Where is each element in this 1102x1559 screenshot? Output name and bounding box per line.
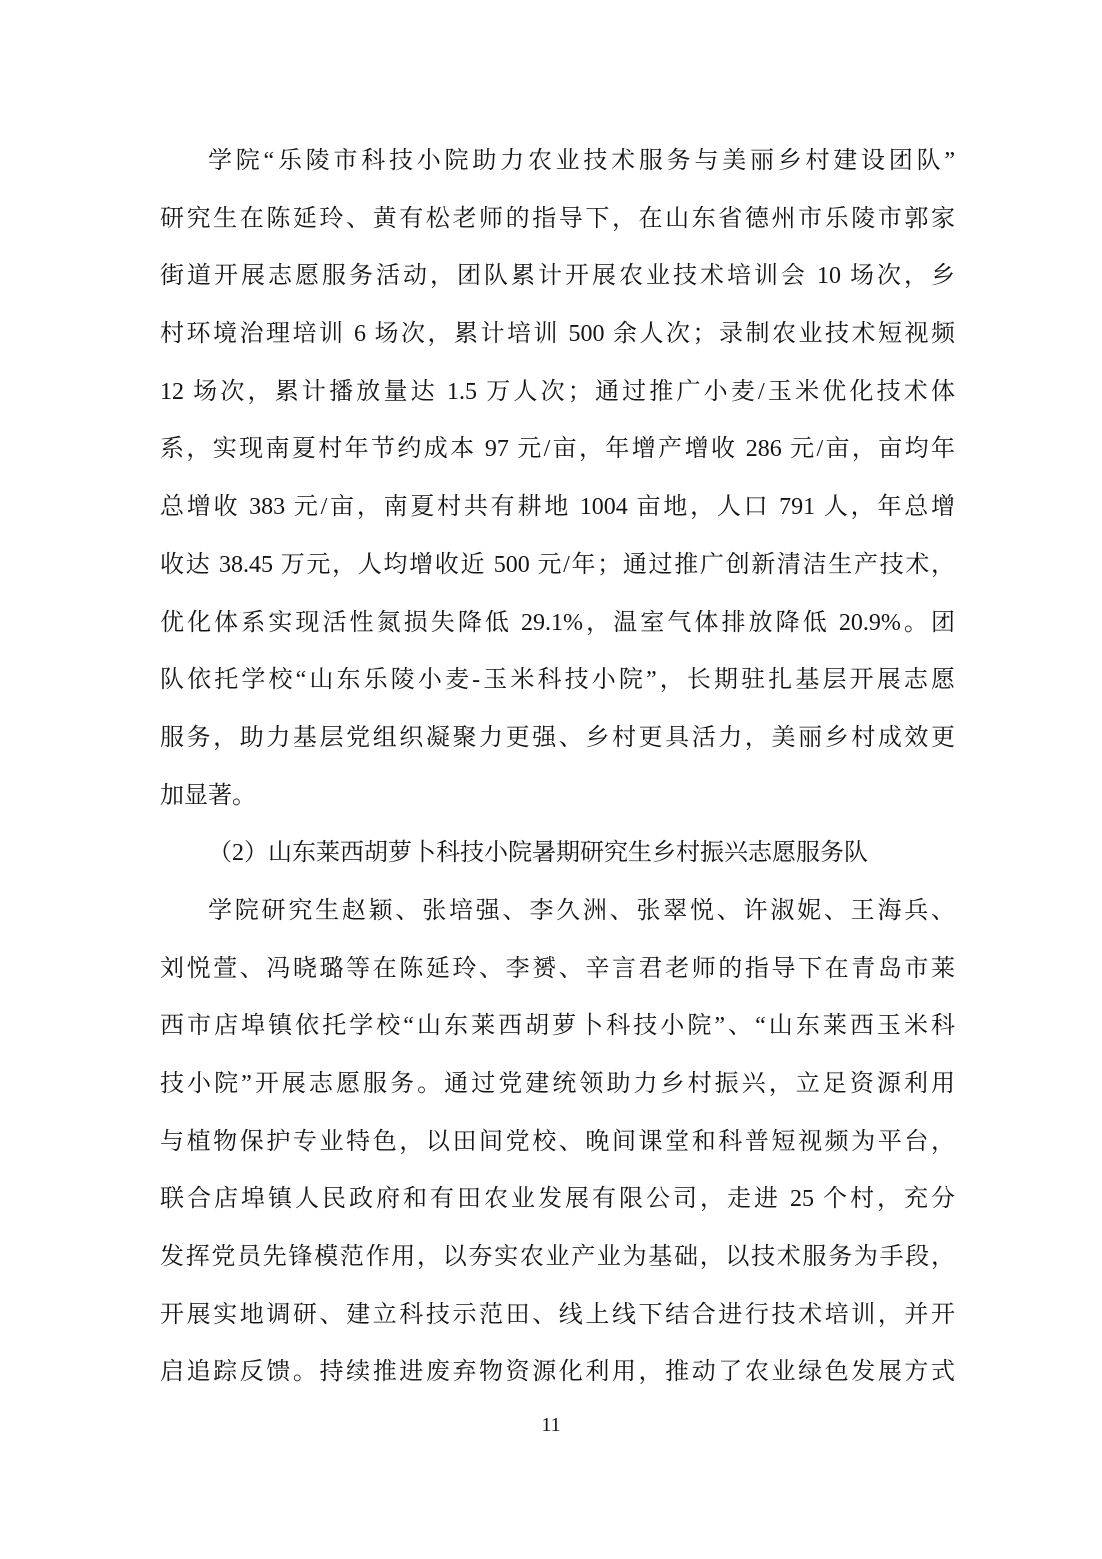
text-line: 联合店埠镇人民政府和有田农业发展有限公司，走进 25 个村，充分 (160, 1171, 955, 1229)
text-line: 12 场次，累计播放量达 1.5 万人次；通过推广小麦/玉米优化技术体 (160, 364, 955, 422)
text-line: 开展实地调研、建立科技示范田、线上线下结合进行技术培训，并开 (160, 1287, 955, 1345)
page-footer: 11 (0, 1412, 1102, 1438)
text-line: 系，实现南夏村年节约成本 97 元/亩，年增产增收 286 元/亩，亩均年 (160, 421, 955, 479)
text-line: 西市店埠镇依托学校“山东莱西胡萝卜科技小院”、“山东莱西玉米科 (160, 998, 955, 1056)
text-line: 与植物保护专业特色，以田间党校、晚间课堂和科普短视频为平台， (160, 1114, 955, 1172)
text-line: 学院研究生赵颖、张培强、李久洲、张翠悦、许淑妮、王海兵、 (160, 883, 955, 941)
text-line: 研究生在陈延玲、黄有松老师的指导下，在山东省德州市乐陵市郭家 (160, 191, 955, 249)
text-line: 队依托学校“山东乐陵小麦-玉米科技小院”，长期驻扎基层开展志愿 (160, 652, 955, 710)
text-line: 启追踪反馈。持续推进废弃物资源化利用，推动了农业绿色发展方式 (160, 1344, 955, 1402)
paragraph-laixi-team: 学院研究生赵颖、张培强、李久洲、张翠悦、许淑妮、王海兵、刘悦萱、冯晓璐等在陈延玲… (160, 883, 955, 1402)
text-line: 优化体系实现活性氮损失降低 29.1%，温室气体排放降低 20.9%。团 (160, 595, 955, 653)
page-number: 11 (541, 1414, 560, 1436)
text-line: 学院“乐陵市科技小院助力农业技术服务与美丽乡村建设团队” (160, 133, 955, 191)
text-line: 加显著。 (160, 768, 955, 826)
text-line: 刘悦萱、冯晓璐等在陈延玲、李赟、辛言君老师的指导下在青岛市莱 (160, 941, 955, 999)
text-line: （2）山东莱西胡萝卜科技小院暑期研究生乡村振兴志愿服务队 (160, 825, 955, 883)
text-line: 服务，助力基层党组织凝聚力更强、乡村更具活力，美丽乡村成效更 (160, 710, 955, 768)
text-line: 技小院”开展志愿服务。通过党建统领助力乡村振兴，立足资源利用 (160, 1056, 955, 1114)
text-line: 村环境治理培训 6 场次，累计培训 500 余人次；录制农业技术短视频 (160, 306, 955, 364)
text-line: 收达 38.45 万元，人均增收近 500 元/年；通过推广创新清洁生产技术， (160, 537, 955, 595)
document-body: 学院“乐陵市科技小院助力农业技术服务与美丽乡村建设团队”研究生在陈延玲、黄有松老… (160, 133, 955, 1402)
text-line: 发挥党员先锋模范作用，以夯实农业产业为基础，以技术服务为手段， (160, 1229, 955, 1287)
text-line: 街道开展志愿服务活动，团队累计开展农业技术培训会 10 场次，乡 (160, 248, 955, 306)
paragraph-leling-team: 学院“乐陵市科技小院助力农业技术服务与美丽乡村建设团队”研究生在陈延玲、黄有松老… (160, 133, 955, 825)
document-page: 学院“乐陵市科技小院助力农业技术服务与美丽乡村建设团队”研究生在陈延玲、黄有松老… (0, 0, 1102, 1559)
heading-item-2: （2）山东莱西胡萝卜科技小院暑期研究生乡村振兴志愿服务队 (160, 825, 955, 883)
text-line: 总增收 383 元/亩，南夏村共有耕地 1004 亩地，人口 791 人，年总增 (160, 479, 955, 537)
